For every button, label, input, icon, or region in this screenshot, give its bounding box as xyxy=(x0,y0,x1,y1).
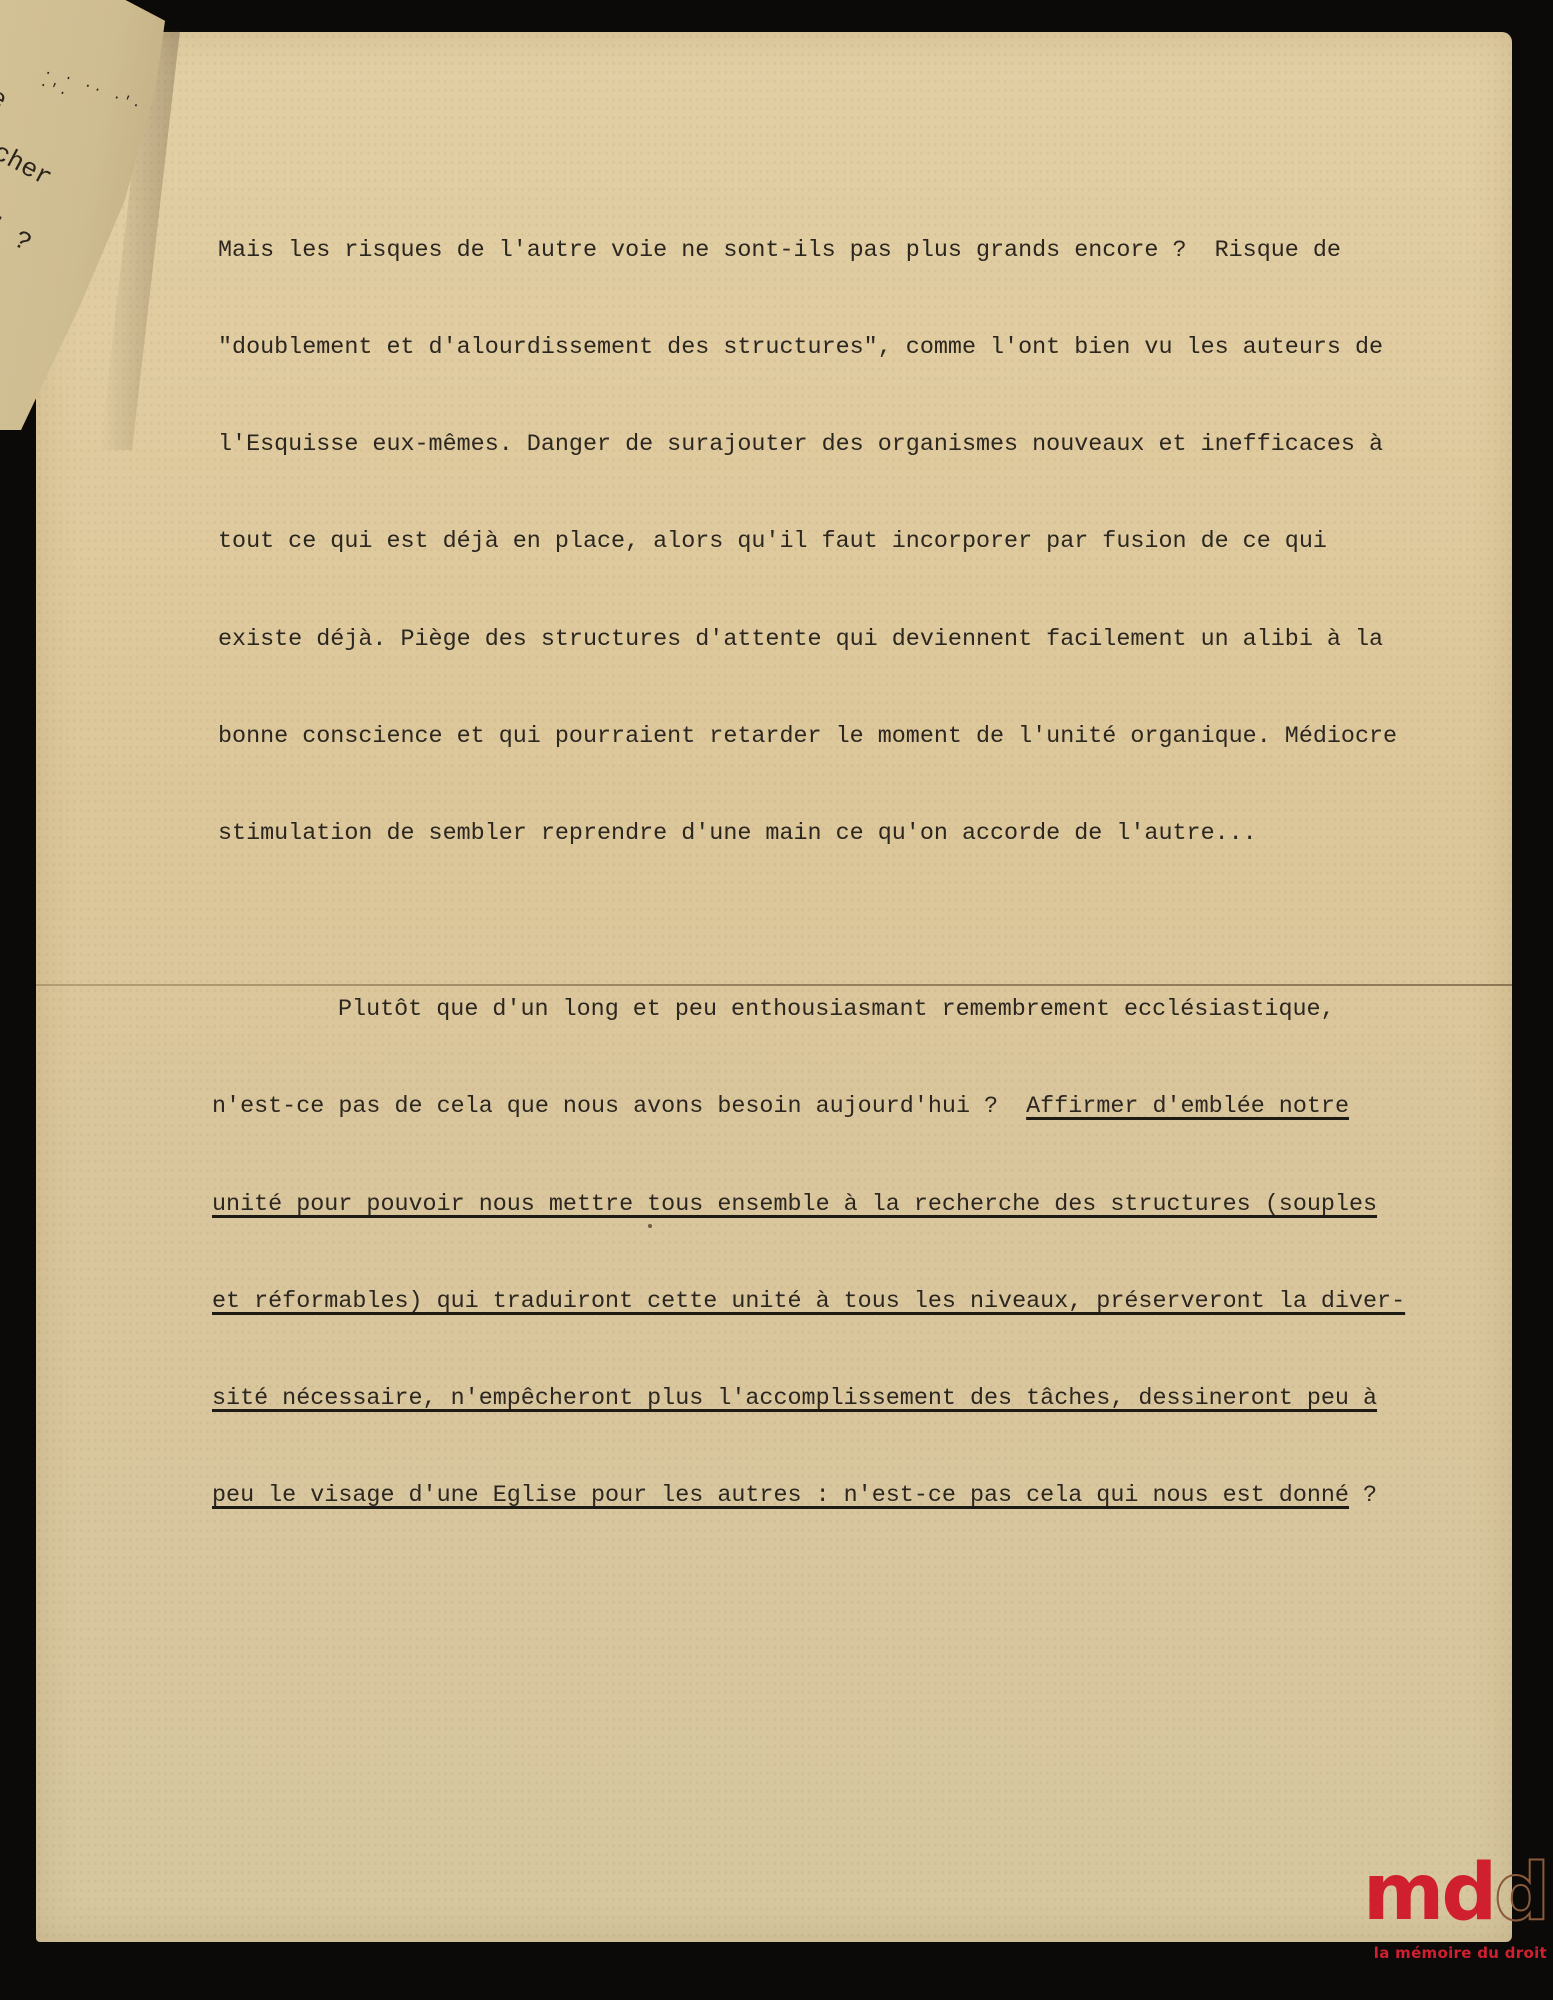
previous-page-text: rcher xyxy=(0,130,57,193)
logo-tagline: la mémoire du droit xyxy=(1363,1944,1547,1962)
text-line: n'est-ce pas de cela que nous avons beso… xyxy=(212,1091,1418,1123)
mdd-watermark-logo: mdd la mémoire du droit xyxy=(1363,1854,1547,1962)
logo-mark: mdd xyxy=(1363,1854,1547,1932)
text-line-indented: Plutôt que d'un long et peu enthousiasma… xyxy=(212,994,1418,1026)
text-line: Mais les risques de l'autre voie ne sont… xyxy=(218,235,1418,267)
underlined-text: peu le visage d'une Eglise pour les autr… xyxy=(212,1483,1349,1509)
text-segment: ? xyxy=(1349,1483,1377,1509)
paragraph-risks: Mais les risques de l'autre voie ne sont… xyxy=(218,170,1418,915)
text-line: tout ce qui est déjà en place, alors qu'… xyxy=(218,526,1418,558)
text-line: stimulation de sembler reprendre d'une m… xyxy=(218,818,1418,850)
previous-page-text: l ? xyxy=(0,210,36,258)
underlined-text-line: sité nécessaire, n'empêcheront plus l'ac… xyxy=(212,1383,1418,1415)
text-line: existe déjà. Piège des structures d'atte… xyxy=(218,624,1418,656)
previous-page-text: e xyxy=(0,82,12,116)
underlined-text-line: et réformables) qui traduiront cette uni… xyxy=(212,1286,1418,1318)
text-line: l'Esquisse eux-mêmes. Danger de surajout… xyxy=(218,429,1418,461)
text-segment: n'est-ce pas de cela que nous avons beso… xyxy=(212,1094,1026,1120)
paragraph-unity: Plutôt que d'un long et peu enthousiasma… xyxy=(212,929,1418,1577)
logo-mark-outline: d xyxy=(1494,1848,1547,1938)
typewritten-body: Mais les risques de l'autre voie ne sont… xyxy=(218,170,1418,1577)
logo-mark-text: md xyxy=(1363,1848,1494,1938)
underlined-text-line: unité pour pouvoir nous mettre tous ense… xyxy=(212,1189,1418,1221)
text-line: peu le visage d'une Eglise pour les autr… xyxy=(212,1480,1418,1512)
text-line: bonne conscience et qui pourraient retar… xyxy=(218,721,1418,753)
text-line: "doublement et d'alourdissement des stru… xyxy=(218,332,1418,364)
underlined-text: Affirmer d'emblée notre xyxy=(1026,1094,1349,1120)
previous-page-marks: . · ·· ·'· ·'· xyxy=(36,62,156,135)
